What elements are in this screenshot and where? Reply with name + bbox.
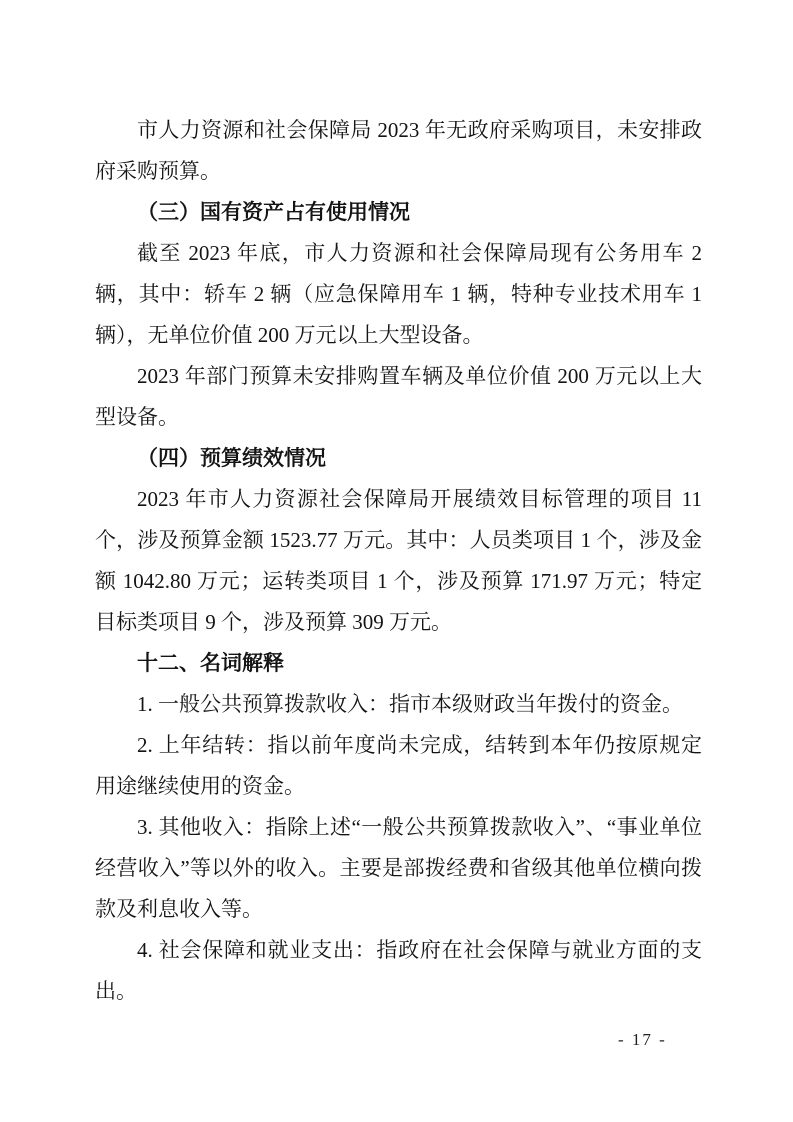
section-heading-state-assets: （三）国有资产占有使用情况	[95, 192, 702, 233]
paragraph-vehicles: 截至 2023 年底，市人力资源和社会保障局现有公务用车 2 辆，其中：轿车 2…	[95, 233, 702, 356]
glossary-item-4: 4. 社会保障和就业支出：指政府在社会保障与就业方面的支出。	[95, 930, 702, 1012]
glossary-item-1: 1. 一般公共预算拨款收入：指市本级财政当年拨付的资金。	[95, 684, 702, 725]
paragraph-performance-detail: 2023 年市人力资源社会保障局开展绩效目标管理的项目 11 个，涉及预算金额 …	[95, 479, 702, 643]
document-page: 市人力资源和社会保障局 2023 年无政府采购项目，未安排政府采购预算。 （三）…	[0, 0, 793, 1122]
glossary-item-2: 2. 上年结转：指以前年度尚未完成，结转到本年仍按原规定用途继续使用的资金。	[95, 725, 702, 807]
page-number: - 17 -	[618, 1030, 667, 1050]
section-heading-performance: （四）预算绩效情况	[95, 438, 702, 479]
document-body: 市人力资源和社会保障局 2023 年无政府采购项目，未安排政府采购预算。 （三）…	[95, 110, 702, 1012]
section-heading-glossary: 十二、名词解释	[95, 643, 702, 684]
glossary-item-3: 3. 其他收入：指除上述“一般公共预算拨款收入”、“事业单位经营收入”等以外的收…	[95, 807, 702, 930]
paragraph-no-purchase: 2023 年部门预算未安排购置车辆及单位价值 200 万元以上大型设备。	[95, 356, 702, 438]
paragraph-procurement: 市人力资源和社会保障局 2023 年无政府采购项目，未安排政府采购预算。	[95, 110, 702, 192]
